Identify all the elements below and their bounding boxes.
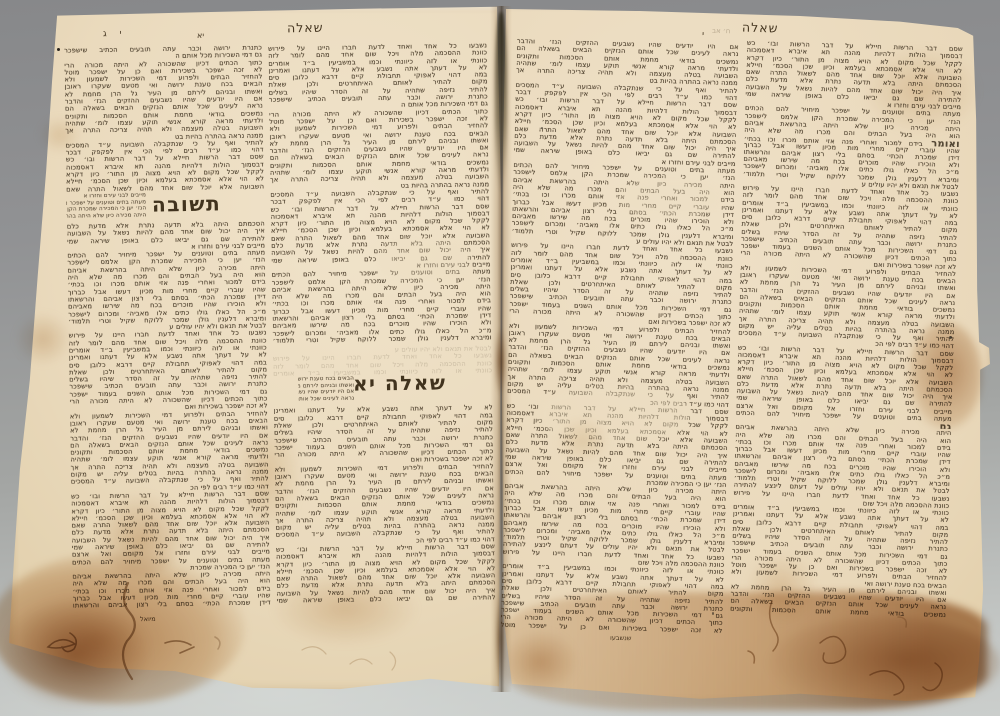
right-page-left-column: אם היו יודעים שהיו נשבעים ההזקים הנז׳ וה… [501,37,739,634]
right-folio-number: י [702,30,704,40]
right-running-title: שאלה [742,19,779,35]
left-page-question-side-lines: הבאים בכח טענת ירושה ואי מטעם שעקרו ראוב… [298,376,354,403]
text-line: נראה לעינים שכל אותם הנזקים הבאים בשאלה … [298,395,354,402]
left-catchword: מיואל [140,615,156,623]
ink-speck [712,612,714,615]
left-running-title: שאלה [287,20,324,36]
left-page-left-column: כתנרת ירושה וכבר עתה תובעים הכתיב שישפכר… [64,43,271,609]
ink-speck [57,48,60,51]
text-line: היתה מכירה כיון שלא היתה בהרשאת אביהם [66,212,146,220]
left-running-chapter: יא [197,31,204,40]
right-header-ghost-mark: ח׳ אב [712,27,731,36]
right-catchword: שנשבעו [610,634,632,643]
ink-speck [541,127,543,129]
right-page-right-column: שסם דבר הרשות חיילא על דבר הרשות ובו׳ כש… [730,39,963,618]
ink-speck [949,336,952,339]
left-folio-number: י ג [103,29,127,39]
left-page-right-column: נשבעו כל אחד ואחד לדעת חברו היינו על פיר… [268,41,496,604]
left-page-left-side-lines: מייבים לבני עירם וחזרו אמעתה בתים וטועני… [66,192,146,219]
open-book: שאלה יא י ג שאלה י ח׳ אב תשובה שאלה יא מ… [0,0,1000,716]
